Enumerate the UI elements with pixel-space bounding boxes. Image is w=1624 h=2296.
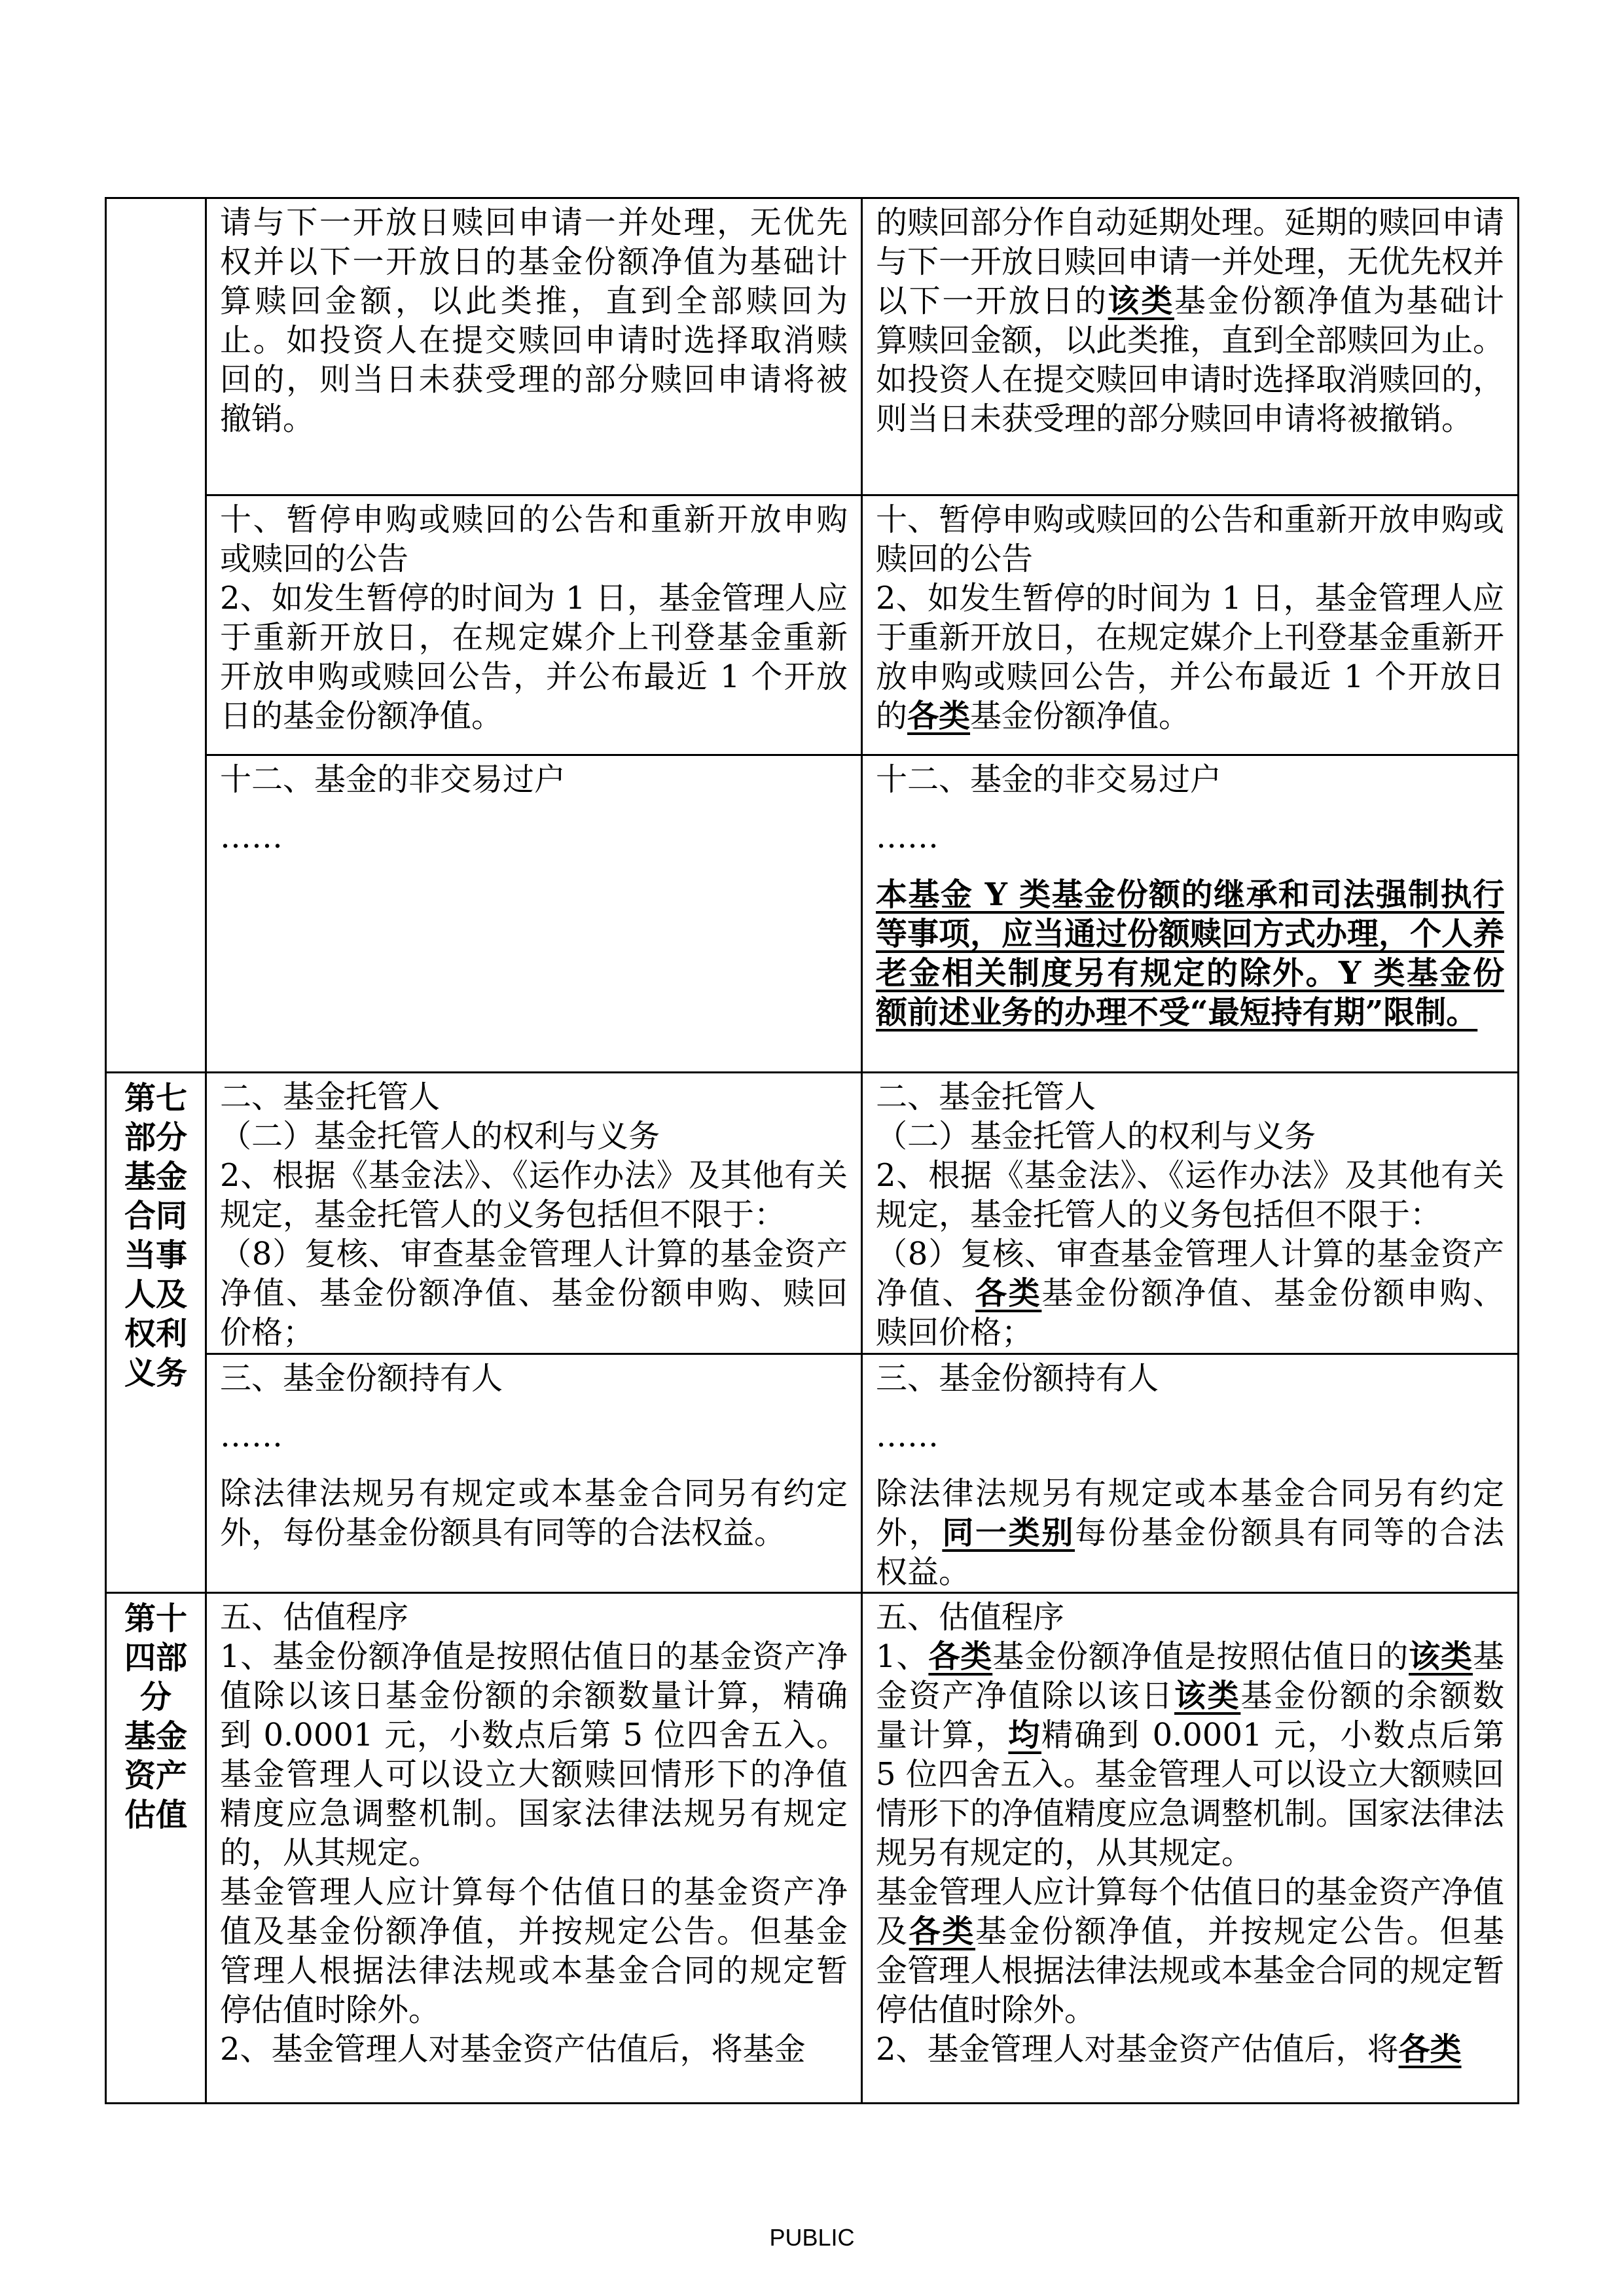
paragraph: 二、基金托管人 <box>220 1077 848 1117</box>
paragraph: 2、如发生暂停的时间为 1 日，基金管理人应于重新开放日，在规定媒介上刊登基金重… <box>876 579 1504 736</box>
table-row: 三、基金份额持有人……除法律法规另有规定或本基金合同另有约定外，每份基金份额具有… <box>106 1354 1519 1593</box>
text-run: 五、估值程序 <box>876 1599 1064 1636</box>
paragraph: 十、暂停申购或赎回的公告和重新开放申购或赎回的公告 <box>876 500 1504 579</box>
table-row: 请与下一开放日赎回申请一并处理，无优先权并以下一开放日的基金份额净值为基础计算赎… <box>106 198 1519 495</box>
text-run: （二）基金托管人的权利与义务 <box>876 1118 1316 1155</box>
section-label-cell: 第七 部分 基金 合同 当事 人及 权利 义务 <box>106 1073 206 1593</box>
paragraph: 基金管理人应计算每个估值日的基金资产净值及基金份额净值，并按规定公告。但基金管理… <box>220 1873 848 2030</box>
text-run: 基金管理人应计算每个估值日的基金资产净值及基金份额净值，并按规定公告。但基金管理… <box>220 1874 848 2028</box>
paragraph: 二、基金托管人 <box>876 1077 1504 1117</box>
paragraph: 的赎回部分作自动延期处理。延期的赎回申请与下一开放日赎回申请一并处理，无优先权并… <box>876 203 1504 439</box>
right-version-cell: 十、暂停申购或赎回的公告和重新开放申购或赎回的公告2、如发生暂停的时间为 1 日… <box>862 495 1519 755</box>
text-run: …… <box>220 1418 283 1454</box>
paragraph: …… <box>220 817 848 857</box>
right-version-cell: 五、估值程序1、各类基金份额净值是按照估值日的该类基金资产净值除以该日该类基金份… <box>862 1593 1519 2104</box>
text-run: …… <box>220 819 283 855</box>
paragraph: 1、基金份额净值是按照估值日的基金资产净值除以该日基金份额的余额数量计算，精确到… <box>220 1637 848 1873</box>
paragraph: 十、暂停申购或赎回的公告和重新开放申购或赎回的公告 <box>220 500 848 579</box>
paragraph: …… <box>220 1416 848 1456</box>
text-run: 十、暂停申购或赎回的公告和重新开放申购或赎回的公告 <box>220 501 848 577</box>
left-version-cell: 十、暂停申购或赎回的公告和重新开放申购或赎回的公告2、如发生暂停的时间为 1 日… <box>206 495 862 755</box>
emphasized-run: 各类 <box>975 1275 1041 1312</box>
text-run: …… <box>876 1418 939 1454</box>
text-run: …… <box>876 819 939 855</box>
emphasized-run: 该类 <box>1108 283 1174 319</box>
paragraph: 2、基金管理人对基金资产估值后，将各类 <box>876 2030 1504 2069</box>
paragraph: 五、估值程序 <box>220 1598 848 1637</box>
document-page: 请与下一开放日赎回申请一并处理，无优先权并以下一开放日的基金份额净值为基础计算赎… <box>0 0 1624 2296</box>
paragraph: （二）基金托管人的权利与义务 <box>876 1117 1504 1156</box>
paragraph: 请与下一开放日赎回申请一并处理，无优先权并以下一开放日的基金份额净值为基础计算赎… <box>220 203 848 439</box>
paragraph: 三、基金份额持有人 <box>220 1359 848 1398</box>
paragraph: 除法律法规另有规定或本基金合同另有约定外，同一类别每份基金份额具有同等的合法权益… <box>876 1474 1504 1592</box>
text-run: （二）基金托管人的权利与义务 <box>220 1118 660 1155</box>
text-run: 基金份额净值。 <box>970 698 1190 734</box>
text-run: 十二、基金的非交易过户 <box>876 761 1221 798</box>
text-run: 十二、基金的非交易过户 <box>220 761 566 798</box>
text-run: 2、基金管理人对基金资产估值后，将 <box>876 2031 1399 2068</box>
right-version-cell: 的赎回部分作自动延期处理。延期的赎回申请与下一开放日赎回申请一并处理，无优先权并… <box>862 198 1519 495</box>
paragraph: （二）基金托管人的权利与义务 <box>220 1117 848 1156</box>
text-run: 二、基金托管人 <box>220 1079 440 1115</box>
paragraph: （8）复核、审查基金管理人计算的基金资产净值、各类基金份额净值、基金份额申购、赎… <box>876 1234 1504 1352</box>
table-row: 十二、基金的非交易过户……十二、基金的非交易过户……本基金 Y 类基金份额的继承… <box>106 755 1519 1073</box>
text-run: 2、基金管理人对基金资产估值后，将基金 <box>220 2031 806 2068</box>
paragraph: 2、如发生暂停的时间为 1 日，基金管理人应于重新开放日，在规定媒介上刊登基金重… <box>220 579 848 736</box>
emphasized-run: 同一类别 <box>942 1515 1075 1551</box>
paragraph: 2、根据《基金法》、《运作办法》及其他有关规定，基金托管人的义务包括但不限于： <box>876 1156 1504 1234</box>
left-version-cell: 三、基金份额持有人……除法律法规另有规定或本基金合同另有约定外，每份基金份额具有… <box>206 1354 862 1593</box>
text-run: 2、根据《基金法》、《运作办法》及其他有关规定，基金托管人的义务包括但不限于： <box>876 1157 1504 1233</box>
emphasized-run: 均 <box>1008 1717 1041 1753</box>
right-version-cell: 三、基金份额持有人……除法律法规另有规定或本基金合同另有约定外，同一类别每份基金… <box>862 1354 1519 1593</box>
text-run: 2、如发生暂停的时间为 1 日，基金管理人应于重新开放日，在规定媒介上刊登基金重… <box>220 580 848 734</box>
emphasized-run: 各类 <box>907 698 970 734</box>
text-run: 2、根据《基金法》、《运作办法》及其他有关规定，基金托管人的义务包括但不限于： <box>220 1157 848 1233</box>
table-row: 第七 部分 基金 合同 当事 人及 权利 义务二、基金托管人（二）基金托管人的权… <box>106 1073 1519 1354</box>
comparison-table: 请与下一开放日赎回申请一并处理，无优先权并以下一开放日的基金份额净值为基础计算赎… <box>105 197 1519 2104</box>
text-run: （8）复核、审查基金管理人计算的基金资产净值、基金份额净值、基金份额申购、赎回价… <box>220 1236 848 1351</box>
text-run: 五、估值程序 <box>220 1599 408 1636</box>
table-row: 第十 四部 分 基金 资产 估值五、估值程序1、基金份额净值是按照估值日的基金资… <box>106 1593 1519 2104</box>
emphasized-run: 本基金 Y 类基金份额的继承和司法强制执行等事项，应当通过份额赎回方式办理，个人… <box>876 876 1504 1031</box>
paragraph: （8）复核、审查基金管理人计算的基金资产净值、基金份额净值、基金份额申购、赎回价… <box>220 1234 848 1352</box>
paragraph: 2、根据《基金法》、《运作办法》及其他有关规定，基金托管人的义务包括但不限于： <box>220 1156 848 1234</box>
text-run: 1、 <box>876 1638 928 1675</box>
paragraph: 除法律法规另有规定或本基金合同另有约定外，每份基金份额具有同等的合法权益。 <box>220 1474 848 1552</box>
paragraph: …… <box>876 1416 1504 1456</box>
left-version-cell: 十二、基金的非交易过户…… <box>206 755 862 1073</box>
right-version-cell: 二、基金托管人（二）基金托管人的权利与义务2、根据《基金法》、《运作办法》及其他… <box>862 1073 1519 1354</box>
paragraph: …… <box>876 817 1504 857</box>
emphasized-run: 各类 <box>909 1913 975 1950</box>
paragraph: 2、基金管理人对基金资产估值后，将基金 <box>220 2030 848 2069</box>
text-run: 二、基金托管人 <box>876 1079 1096 1115</box>
text-run: 除法律法规另有规定或本基金合同另有约定外，每份基金份额具有同等的合法权益。 <box>220 1475 848 1551</box>
paragraph: 十二、基金的非交易过户 <box>220 760 848 799</box>
section-label-cell: 第十 四部 分 基金 资产 估值 <box>106 1593 206 2104</box>
left-version-cell: 五、估值程序1、基金份额净值是按照估值日的基金资产净值除以该日基金份额的余额数量… <box>206 1593 862 2104</box>
left-version-cell: 二、基金托管人（二）基金托管人的权利与义务2、根据《基金法》、《运作办法》及其他… <box>206 1073 862 1354</box>
paragraph: 本基金 Y 类基金份额的继承和司法强制执行等事项，应当通过份额赎回方式办理，个人… <box>876 875 1504 1032</box>
text-run: 十、暂停申购或赎回的公告和重新开放申购或赎回的公告 <box>876 501 1504 577</box>
left-version-cell: 请与下一开放日赎回申请一并处理，无优先权并以下一开放日的基金份额净值为基础计算赎… <box>206 198 862 495</box>
paragraph: 十二、基金的非交易过户 <box>876 760 1504 799</box>
text-run: 三、基金份额持有人 <box>876 1360 1159 1397</box>
paragraph: 三、基金份额持有人 <box>876 1359 1504 1398</box>
right-version-cell: 十二、基金的非交易过户……本基金 Y 类基金份额的继承和司法强制执行等事项，应当… <box>862 755 1519 1073</box>
text-run: 基金份额净值是按照估值日的 <box>992 1638 1409 1675</box>
table-row: 十、暂停申购或赎回的公告和重新开放申购或赎回的公告2、如发生暂停的时间为 1 日… <box>106 495 1519 755</box>
text-run: 请与下一开放日赎回申请一并处理，无优先权并以下一开放日的基金份额净值为基础计算赎… <box>220 204 848 437</box>
emphasized-run: 该类 <box>1174 1677 1240 1714</box>
text-run: 三、基金份额持有人 <box>220 1360 503 1397</box>
section-label-cell <box>106 198 206 1073</box>
paragraph: 五、估值程序 <box>876 1598 1504 1637</box>
text-run: 1、基金份额净值是按照估值日的基金资产净值除以该日基金份额的余额数量计算，精确到… <box>220 1638 848 1871</box>
paragraph: 1、各类基金份额净值是按照估值日的该类基金资产净值除以该日该类基金份额的余额数量… <box>876 1637 1504 1873</box>
emphasized-run: 该类 <box>1409 1638 1473 1675</box>
paragraph: 基金管理人应计算每个估值日的基金资产净值及各类基金份额净值，并按规定公告。但基金… <box>876 1873 1504 2030</box>
emphasized-run: 各类 <box>928 1638 992 1675</box>
footer-classification-label: PUBLIC <box>0 2224 1624 2251</box>
emphasized-run: 各类 <box>1399 2031 1462 2068</box>
